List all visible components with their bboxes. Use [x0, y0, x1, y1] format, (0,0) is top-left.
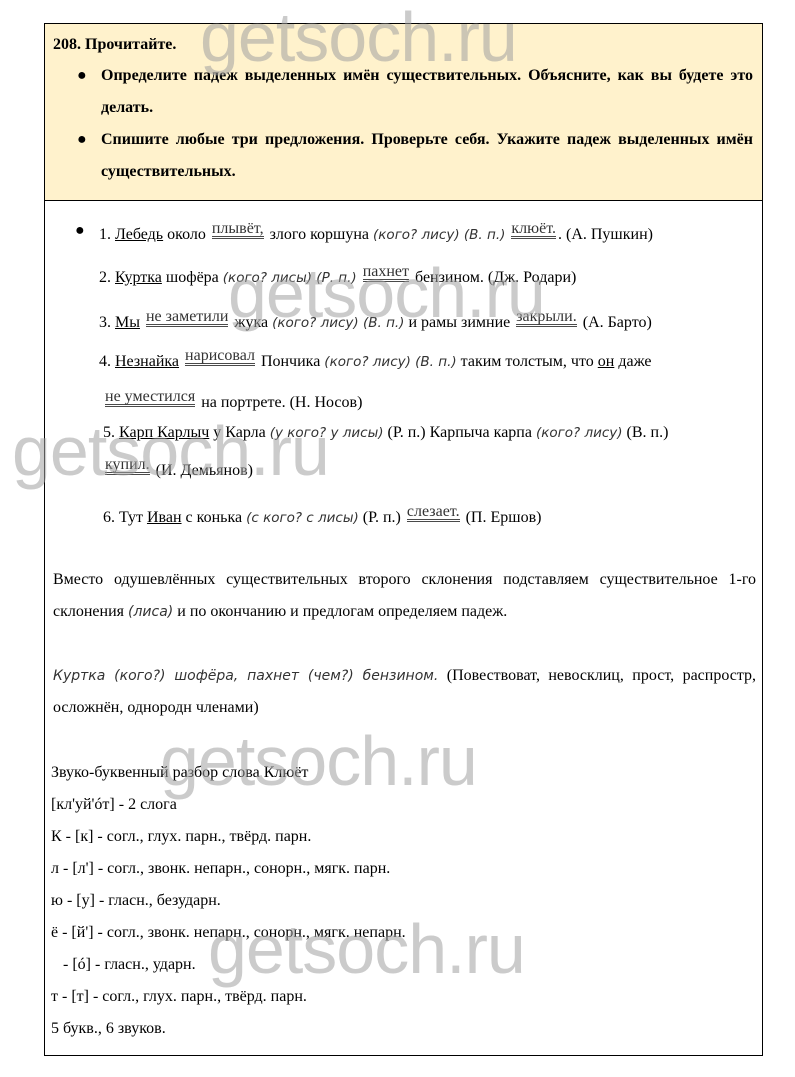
case-question: (кого? лисы) (Р. п.): [223, 270, 357, 286]
task-title: 208. Прочитайте.: [53, 36, 176, 54]
subject: Куртка: [115, 269, 162, 286]
phonetic-title: Звуко-буквенный разбор слова Клюёт: [51, 764, 308, 782]
subject: Карп Карлыч: [119, 424, 209, 441]
phonetic-line: л - [л'] - согл., звонк. непарн., сонорн…: [51, 860, 390, 878]
phonetic-line: ё - [й'] - согл., звонк. непарн., сонорн…: [51, 924, 406, 942]
case-question: (кого? лису) (В. п.): [324, 354, 456, 370]
subject: он: [598, 353, 615, 370]
subject: Иван: [147, 509, 182, 526]
phonetic-line: ю - [у] - гласн., безударн.: [51, 892, 221, 910]
bullet-icon: ●: [77, 124, 87, 156]
predicate: плывёт,: [212, 222, 264, 239]
case-question: (кого? лису) (В. п.): [272, 315, 404, 331]
phonetic-line: - [ó] - гласн., ударн.: [51, 956, 196, 974]
predicate: закрыли.: [516, 310, 577, 327]
phonetic-line: К - [к] - согл., глух. парн., твёрд. пар…: [51, 828, 311, 846]
predicate: купил.: [105, 458, 150, 475]
explanation-paragraph: Вместо одушевлённых существительных втор…: [53, 564, 756, 628]
case-question: (кого? лису) (В. п.): [373, 227, 505, 243]
subject: Мы: [115, 314, 140, 331]
sentence-6: 6. Тут Иван с конька (с кого? с лисы) (Р…: [103, 505, 541, 528]
task-bullet: ● Определите падеж выделенных имён сущес…: [77, 60, 753, 124]
case-question: (с кого? с лисы): [246, 510, 359, 526]
predicate: не заметили: [146, 310, 228, 327]
phonetic-line: т - [т] - согл., глух. парн., твёрд. пар…: [51, 988, 307, 1006]
sentence-5: 5. Карп Карлыч у Карла (у кого? у лисы) …: [103, 423, 668, 443]
case-question: (кого? лису): [536, 425, 623, 441]
predicate: не уместился: [105, 390, 195, 407]
sentence-3: 3. Мы не заметили жука (кого? лису) (В. …: [99, 310, 652, 333]
sentence-1: 1. Лебедь около плывёт, злого коршуна (к…: [99, 222, 653, 245]
predicate: нарисовал: [185, 349, 255, 366]
sentence-4: 4. Незнайка нарисовал Пончика (кого? лис…: [99, 349, 652, 372]
predicate: клюёт.: [511, 222, 556, 239]
task-box: 208. Прочитайте. ● Определите падеж выде…: [45, 24, 762, 201]
task-bullet-text: Спишите любые три предложения. Проверьте…: [77, 124, 753, 188]
sentence-2: 2. Куртка шофёра (кого? лисы) (Р. п.) па…: [99, 265, 576, 288]
predicate: пахнет: [363, 265, 409, 282]
phonetic-line: [кл'уй'óт] - 2 слога: [51, 796, 177, 814]
bullet-icon: ●: [75, 222, 85, 240]
exercise-frame: 208. Прочитайте. ● Определите падеж выде…: [44, 23, 763, 1056]
sentence-analysis: Куртка (кого?) шофёра, пахнет (чем?) бен…: [53, 660, 756, 724]
bullet-icon: ●: [77, 60, 87, 92]
phonetic-line: 5 букв., 6 звуков.: [51, 1020, 166, 1038]
sentence-4-cont: не уместился на портрете. (Н. Носов): [103, 390, 362, 413]
subject: Лебедь: [115, 226, 163, 243]
subject: Незнайка: [115, 353, 179, 370]
case-question: (у кого? у лисы): [270, 425, 384, 441]
sentence-5-cont: купил. (И. Демьянов): [103, 458, 253, 481]
predicate: слезает.: [407, 505, 460, 522]
task-bullet-text: Определите падеж выделенных имён существ…: [77, 60, 753, 124]
task-bullet: ● Спишите любые три предложения. Проверь…: [77, 124, 753, 188]
